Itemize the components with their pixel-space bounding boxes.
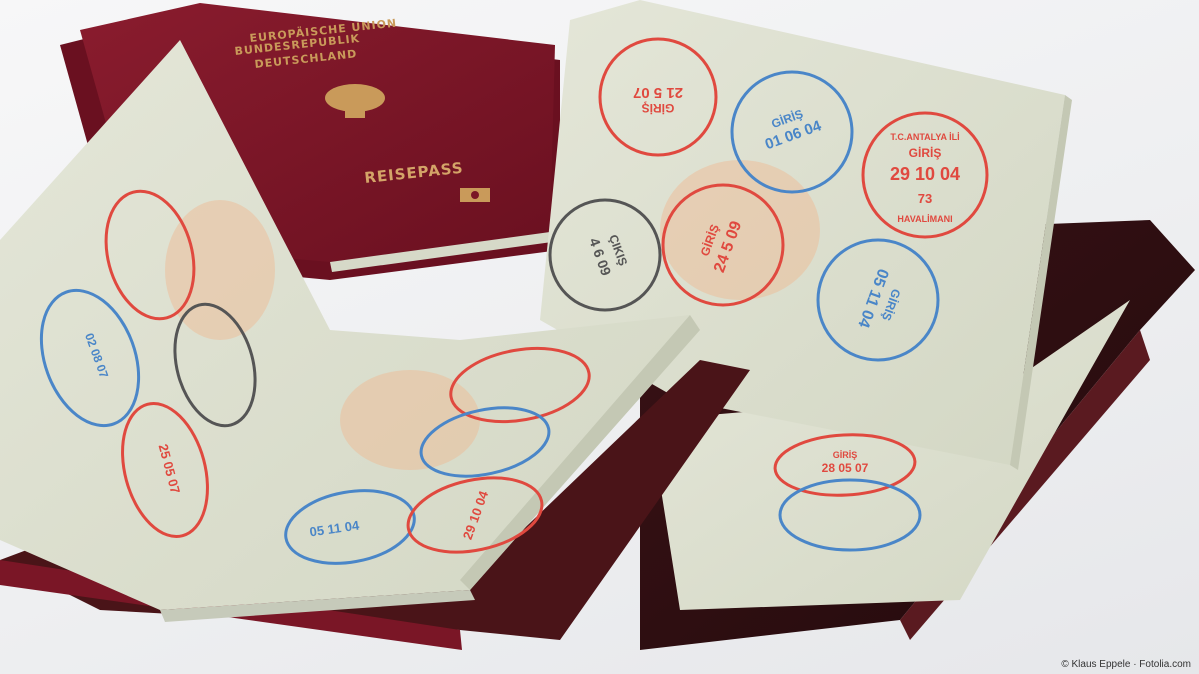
svg-text:73: 73 xyxy=(918,191,932,206)
svg-text:21 5 07: 21 5 07 xyxy=(633,84,683,101)
photo-scene: EUROPÄISCHE UNION BUNDESREPUBLIK DEUTSCH… xyxy=(0,0,1199,674)
svg-text:GİRİŞ: GİRİŞ xyxy=(833,450,858,460)
svg-text:GİRİŞ: GİRİŞ xyxy=(642,101,675,116)
svg-text:T.C.ANTALYA İLİ: T.C.ANTALYA İLİ xyxy=(890,132,959,142)
svg-text:29 10 04: 29 10 04 xyxy=(890,164,960,184)
passport-photo: EUROPÄISCHE UNION BUNDESREPUBLIK DEUTSCH… xyxy=(0,0,1199,674)
svg-text:28 05 07: 28 05 07 xyxy=(822,461,869,475)
svg-text:GİRİŞ: GİRİŞ xyxy=(909,145,942,160)
photo-credit: © Klaus Eppele · Fotolia.com xyxy=(1061,659,1191,670)
svg-text:HAVALİMANI: HAVALİMANI xyxy=(897,214,952,224)
biometric-chip-icon xyxy=(460,188,490,202)
